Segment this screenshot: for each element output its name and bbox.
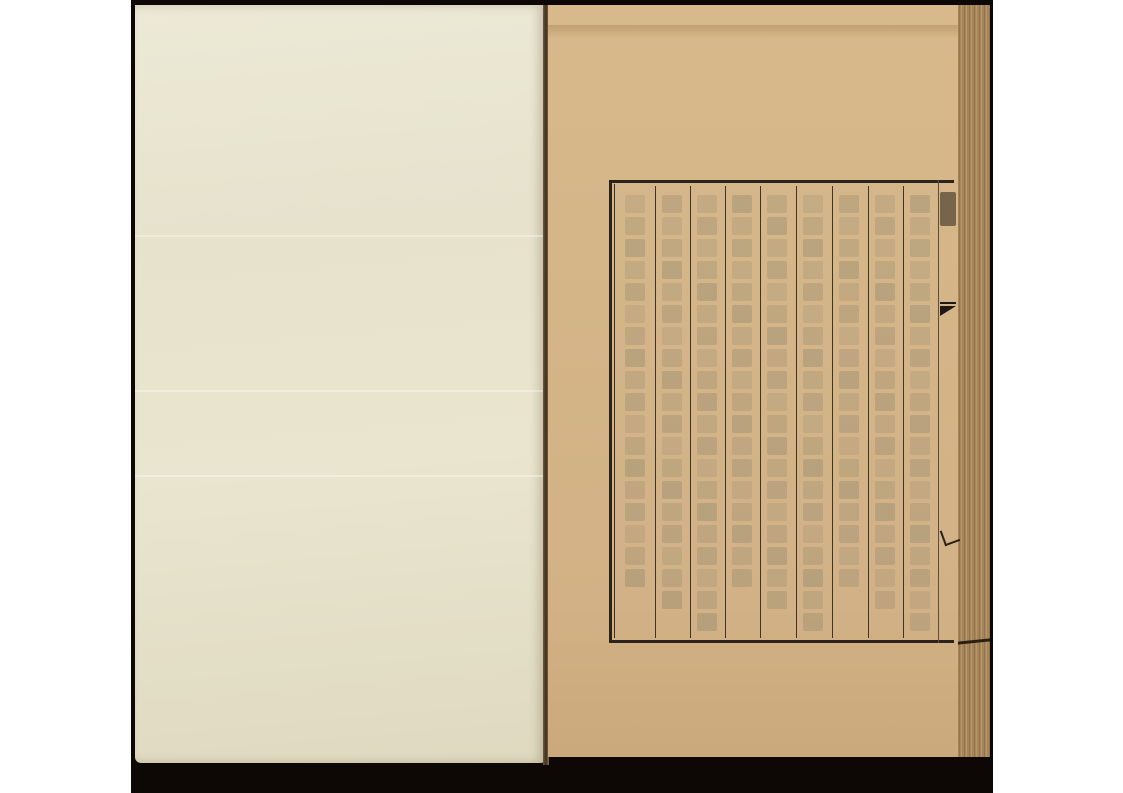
paper-crease	[135, 390, 545, 392]
showthrough-glyph	[839, 305, 859, 323]
showthrough-glyph	[697, 393, 717, 411]
showthrough-glyph	[697, 283, 717, 301]
showthrough-glyph	[767, 525, 787, 543]
showthrough-glyph	[697, 327, 717, 345]
showthrough-glyph	[767, 349, 787, 367]
showthrough-glyph	[803, 393, 823, 411]
showthrough-glyph	[839, 195, 859, 213]
showthrough-glyph	[697, 459, 717, 477]
showthrough-glyph	[910, 569, 930, 587]
showthrough-glyph	[732, 569, 752, 587]
showthrough-glyph	[662, 239, 682, 257]
showthrough-glyph	[732, 437, 752, 455]
showthrough-glyph	[839, 503, 859, 521]
showthrough-glyph	[875, 525, 895, 543]
showthrough-glyph	[662, 195, 682, 213]
showthrough-glyph	[767, 459, 787, 477]
showthrough-text-column	[800, 195, 826, 635]
showthrough-glyph	[839, 261, 859, 279]
showthrough-glyph	[839, 217, 859, 235]
showthrough-glyph	[910, 525, 930, 543]
showthrough-text-column	[764, 195, 790, 635]
showthrough-glyph	[839, 283, 859, 301]
showthrough-glyph	[732, 349, 752, 367]
showthrough-glyph	[875, 591, 895, 609]
showthrough-glyph	[625, 239, 645, 257]
column-rule	[655, 186, 656, 638]
showthrough-glyph	[625, 195, 645, 213]
showthrough-glyph	[767, 305, 787, 323]
showthrough-glyph	[803, 195, 823, 213]
showthrough-text-column	[694, 195, 720, 635]
showthrough-glyph	[697, 503, 717, 521]
showthrough-glyph	[625, 437, 645, 455]
showthrough-glyph	[767, 415, 787, 433]
showthrough-glyph	[662, 283, 682, 301]
showthrough-glyph	[732, 195, 752, 213]
showthrough-glyph	[662, 569, 682, 587]
showthrough-glyph	[625, 305, 645, 323]
showthrough-glyph	[662, 459, 682, 477]
showthrough-glyph	[767, 591, 787, 609]
showthrough-glyph	[803, 613, 823, 631]
showthrough-glyph	[697, 195, 717, 213]
column-rule	[690, 186, 691, 638]
showthrough-glyph	[839, 525, 859, 543]
showthrough-glyph	[803, 261, 823, 279]
showthrough-glyph	[625, 371, 645, 389]
showthrough-glyph	[839, 393, 859, 411]
showthrough-glyph	[803, 415, 823, 433]
showthrough-glyph	[910, 481, 930, 499]
showthrough-glyph	[697, 547, 717, 565]
showthrough-glyph	[625, 217, 645, 235]
showthrough-glyph	[803, 459, 823, 477]
column-rule	[832, 186, 833, 638]
showthrough-glyph	[839, 327, 859, 345]
showthrough-glyph	[803, 217, 823, 235]
showthrough-text-column	[872, 195, 898, 635]
showthrough-glyph	[875, 437, 895, 455]
showthrough-glyph	[625, 393, 645, 411]
column-rule	[760, 186, 761, 638]
showthrough-glyph	[803, 437, 823, 455]
showthrough-glyph	[875, 371, 895, 389]
left-page-blank	[135, 5, 545, 763]
showthrough-glyph	[662, 261, 682, 279]
page-stack-edge	[958, 5, 990, 757]
showthrough-glyph	[910, 459, 930, 477]
showthrough-text-column	[659, 195, 685, 635]
showthrough-glyph	[803, 547, 823, 565]
showthrough-glyph	[662, 349, 682, 367]
showthrough-glyph	[839, 481, 859, 499]
showthrough-glyph	[767, 239, 787, 257]
showthrough-glyph	[732, 525, 752, 543]
showthrough-glyph	[910, 547, 930, 565]
fishtail-mark-icon	[940, 306, 956, 316]
showthrough-glyph	[662, 305, 682, 323]
showthrough-glyph	[732, 305, 752, 323]
showthrough-glyph	[625, 327, 645, 345]
showthrough-glyph	[910, 305, 930, 323]
showthrough-glyph	[875, 569, 895, 587]
showthrough-glyph	[732, 283, 752, 301]
showthrough-glyph	[732, 371, 752, 389]
showthrough-glyph	[839, 349, 859, 367]
showthrough-glyph	[767, 503, 787, 521]
water-stain	[548, 25, 960, 39]
showthrough-glyph	[697, 305, 717, 323]
showthrough-glyph	[910, 393, 930, 411]
showthrough-glyph	[910, 195, 930, 213]
showthrough-glyph	[910, 503, 930, 521]
showthrough-glyph	[662, 217, 682, 235]
showthrough-glyph	[839, 415, 859, 433]
showthrough-glyph	[662, 371, 682, 389]
showthrough-glyph	[697, 261, 717, 279]
showthrough-glyph	[697, 569, 717, 587]
showthrough-text-column	[622, 195, 648, 635]
showthrough-glyph	[767, 261, 787, 279]
showthrough-glyph	[839, 547, 859, 565]
showthrough-glyph	[625, 503, 645, 521]
showthrough-glyph	[732, 481, 752, 499]
showthrough-glyph	[803, 481, 823, 499]
showthrough-glyph	[697, 349, 717, 367]
showthrough-glyph	[697, 371, 717, 389]
showthrough-glyph	[767, 547, 787, 565]
showthrough-glyph	[625, 569, 645, 587]
showthrough-glyph	[767, 437, 787, 455]
showthrough-glyph	[697, 481, 717, 499]
fore-edge-margin-column	[938, 180, 957, 643]
showthrough-glyph	[732, 239, 752, 257]
showthrough-glyph	[803, 349, 823, 367]
showthrough-glyph	[732, 393, 752, 411]
paper-crease	[135, 235, 545, 237]
showthrough-glyph	[803, 305, 823, 323]
showthrough-glyph	[767, 283, 787, 301]
showthrough-glyph	[662, 481, 682, 499]
showthrough-glyph	[839, 371, 859, 389]
column-rule	[868, 186, 869, 638]
fishtail-rule	[940, 302, 956, 304]
showthrough-glyph	[625, 415, 645, 433]
showthrough-glyph	[910, 327, 930, 345]
showthrough-glyph	[625, 481, 645, 499]
showthrough-glyph	[767, 327, 787, 345]
showthrough-glyph	[767, 217, 787, 235]
showthrough-glyph	[875, 283, 895, 301]
showthrough-glyph	[875, 503, 895, 521]
showthrough-glyph	[875, 547, 895, 565]
showthrough-glyph	[875, 481, 895, 499]
showthrough-glyph	[910, 371, 930, 389]
showthrough-glyph	[803, 371, 823, 389]
showthrough-glyph	[839, 569, 859, 587]
showthrough-glyph	[875, 217, 895, 235]
showthrough-text-column	[907, 195, 933, 635]
showthrough-glyph	[625, 459, 645, 477]
showthrough-glyph	[839, 437, 859, 455]
showthrough-glyph	[625, 283, 645, 301]
showthrough-glyph	[910, 591, 930, 609]
showthrough-glyph	[875, 327, 895, 345]
showthrough-glyph	[697, 591, 717, 609]
showthrough-glyph	[875, 349, 895, 367]
showthrough-glyph	[662, 547, 682, 565]
showthrough-glyph	[697, 239, 717, 257]
transcription-status: Printed characters are not transcribed b…	[0, 0, 1, 1]
column-rule	[725, 186, 726, 638]
showthrough-glyph	[910, 349, 930, 367]
showthrough-glyph	[767, 393, 787, 411]
showthrough-text-column	[729, 195, 755, 635]
showthrough-glyph	[875, 195, 895, 213]
showthrough-glyph	[875, 393, 895, 411]
showthrough-glyph	[697, 217, 717, 235]
showthrough-glyph	[767, 195, 787, 213]
showthrough-glyph	[767, 569, 787, 587]
showthrough-glyph	[732, 261, 752, 279]
showthrough-glyph	[910, 283, 930, 301]
paper-crease	[135, 475, 545, 477]
showthrough-glyph	[732, 327, 752, 345]
showthrough-glyph	[732, 459, 752, 477]
showthrough-glyph	[662, 393, 682, 411]
showthrough-glyph	[625, 525, 645, 543]
showthrough-glyph	[875, 261, 895, 279]
showthrough-glyph	[875, 459, 895, 477]
showthrough-glyph	[910, 217, 930, 235]
showthrough-glyph	[732, 547, 752, 565]
showthrough-glyph	[910, 613, 930, 631]
showthrough-glyph	[662, 437, 682, 455]
showthrough-glyph	[732, 415, 752, 433]
showthrough-glyph	[910, 415, 930, 433]
showthrough-glyph	[625, 261, 645, 279]
showthrough-glyph	[875, 415, 895, 433]
showthrough-glyph	[625, 349, 645, 367]
showthrough-glyph	[803, 569, 823, 587]
showthrough-glyph	[767, 371, 787, 389]
showthrough-glyph	[697, 525, 717, 543]
showthrough-glyph	[803, 327, 823, 345]
showthrough-glyph	[697, 613, 717, 631]
showthrough-glyph	[910, 239, 930, 257]
showthrough-glyph	[662, 525, 682, 543]
column-rule	[903, 186, 904, 638]
showthrough-glyph	[662, 503, 682, 521]
showthrough-glyph	[662, 415, 682, 433]
showthrough-text-column	[836, 195, 862, 635]
showthrough-glyph	[697, 437, 717, 455]
showthrough-glyph	[732, 217, 752, 235]
showthrough-glyph	[697, 415, 717, 433]
column-rule	[796, 186, 797, 638]
showthrough-glyph	[803, 591, 823, 609]
showthrough-glyph	[839, 459, 859, 477]
showthrough-glyph	[875, 239, 895, 257]
showthrough-glyph	[910, 437, 930, 455]
showthrough-glyph	[625, 547, 645, 565]
showthrough-glyph	[839, 239, 859, 257]
showthrough-glyph	[875, 305, 895, 323]
showthrough-glyph	[803, 283, 823, 301]
showthrough-glyph	[910, 261, 930, 279]
showthrough-glyph	[803, 239, 823, 257]
showthrough-glyph	[803, 525, 823, 543]
showthrough-glyph	[662, 327, 682, 345]
showthrough-glyph	[732, 503, 752, 521]
margin-heading-mark	[940, 192, 956, 226]
showthrough-glyph	[662, 591, 682, 609]
showthrough-glyph	[767, 481, 787, 499]
showthrough-glyph	[803, 503, 823, 521]
